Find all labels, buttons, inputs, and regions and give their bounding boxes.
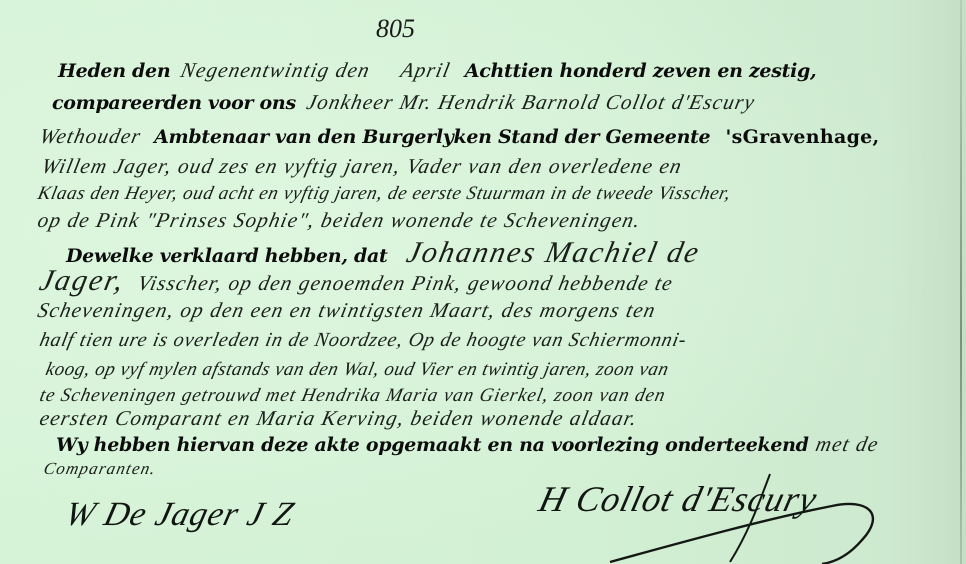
signature-flourish-icon [600,470,920,564]
handwritten-deceased-name: Johannes Machiel de [403,238,702,268]
handwritten-official-name: Jonkheer Mr. Hendrik Barnold Collot d'Es… [305,92,758,113]
printed-text: Wy hebben hiervan deze akte opgemaakt en… [56,434,809,456]
line-9: Scheveningen, op den een en twintigsten … [38,300,656,321]
printed-year: Achttien honderd zeven en zestig, [465,60,817,82]
handwritten-text: op de Pink "Prinses Sophie", beiden wone… [36,210,643,231]
handwritten-text: Klaas den Heyer, oud acht en vyftig jare… [36,184,733,203]
page-edge [960,0,962,564]
line-2: compareerden voor ons Jonkheer Mr. Hendr… [52,92,755,113]
line-14: Wy hebben hiervan deze akte opgemaakt en… [56,434,878,455]
printed-municipality: 'sGravenhage, [725,126,879,148]
handwritten-text: met de [814,434,881,455]
printed-text: Ambtenaar van den Burgerlyken Stand der … [154,126,710,148]
line-8: Jager, Visscher, op den genoemden Pink, … [40,266,673,296]
signature-witness: W De Jager J Z [61,496,298,534]
line-12: te Scheveningen getrouwd met Hendrika Ma… [40,386,665,405]
line-4: Willem Jager, oud zes en vyftig jaren, V… [42,156,682,177]
line-13: eersten Comparant en Maria Kerving, beid… [40,408,637,429]
line-7: Dewelke verklaard hebben, dat Johannes M… [66,238,699,268]
document-page: 805 Heden den Negenentwintig den April A… [0,0,966,564]
handwritten-surname: Jager, [37,266,128,296]
line-3: Wethouder Ambtenaar van den Burgerlyken … [40,126,879,147]
printed-text: Heden den [58,60,170,82]
line-10: half tien ure is overleden in de Noordze… [40,330,687,350]
handwritten-text: Comparanten. [42,460,158,477]
line-11: koog, op vyf mylen afstands van den Wal,… [46,360,669,379]
handwritten-text: Scheveningen, op den een en twintigsten … [36,300,658,321]
line-1: Heden den Negenentwintig den April Achtt… [58,60,816,81]
handwritten-text: eersten Comparant en Maria Kerving, beid… [38,408,640,429]
printed-text: compareerden voor ons [52,92,296,114]
handwritten-text: koog, op vyf mylen afstands van den Wal,… [44,360,671,379]
record-number: 805 [376,14,415,44]
handwritten-title: Wethouder [38,126,143,147]
handwritten-text: half tien ure is overleden in de Noordze… [38,330,689,350]
line-6: op de Pink "Prinses Sophie", beiden wone… [38,210,641,231]
line-15: Comparanten. [44,460,156,477]
handwritten-text: te Scheveningen getrouwd met Hendrika Ma… [38,386,667,405]
handwritten-month: April [398,60,452,81]
handwritten-text: Visscher, op den genoemden Pink, gewoond… [135,273,674,294]
handwritten-text: Willem Jager, oud zes en vyftig jaren, V… [40,156,684,177]
line-5: Klaas den Heyer, oud acht en vyftig jare… [38,184,731,203]
handwritten-date: Negenentwintig den [179,60,393,81]
